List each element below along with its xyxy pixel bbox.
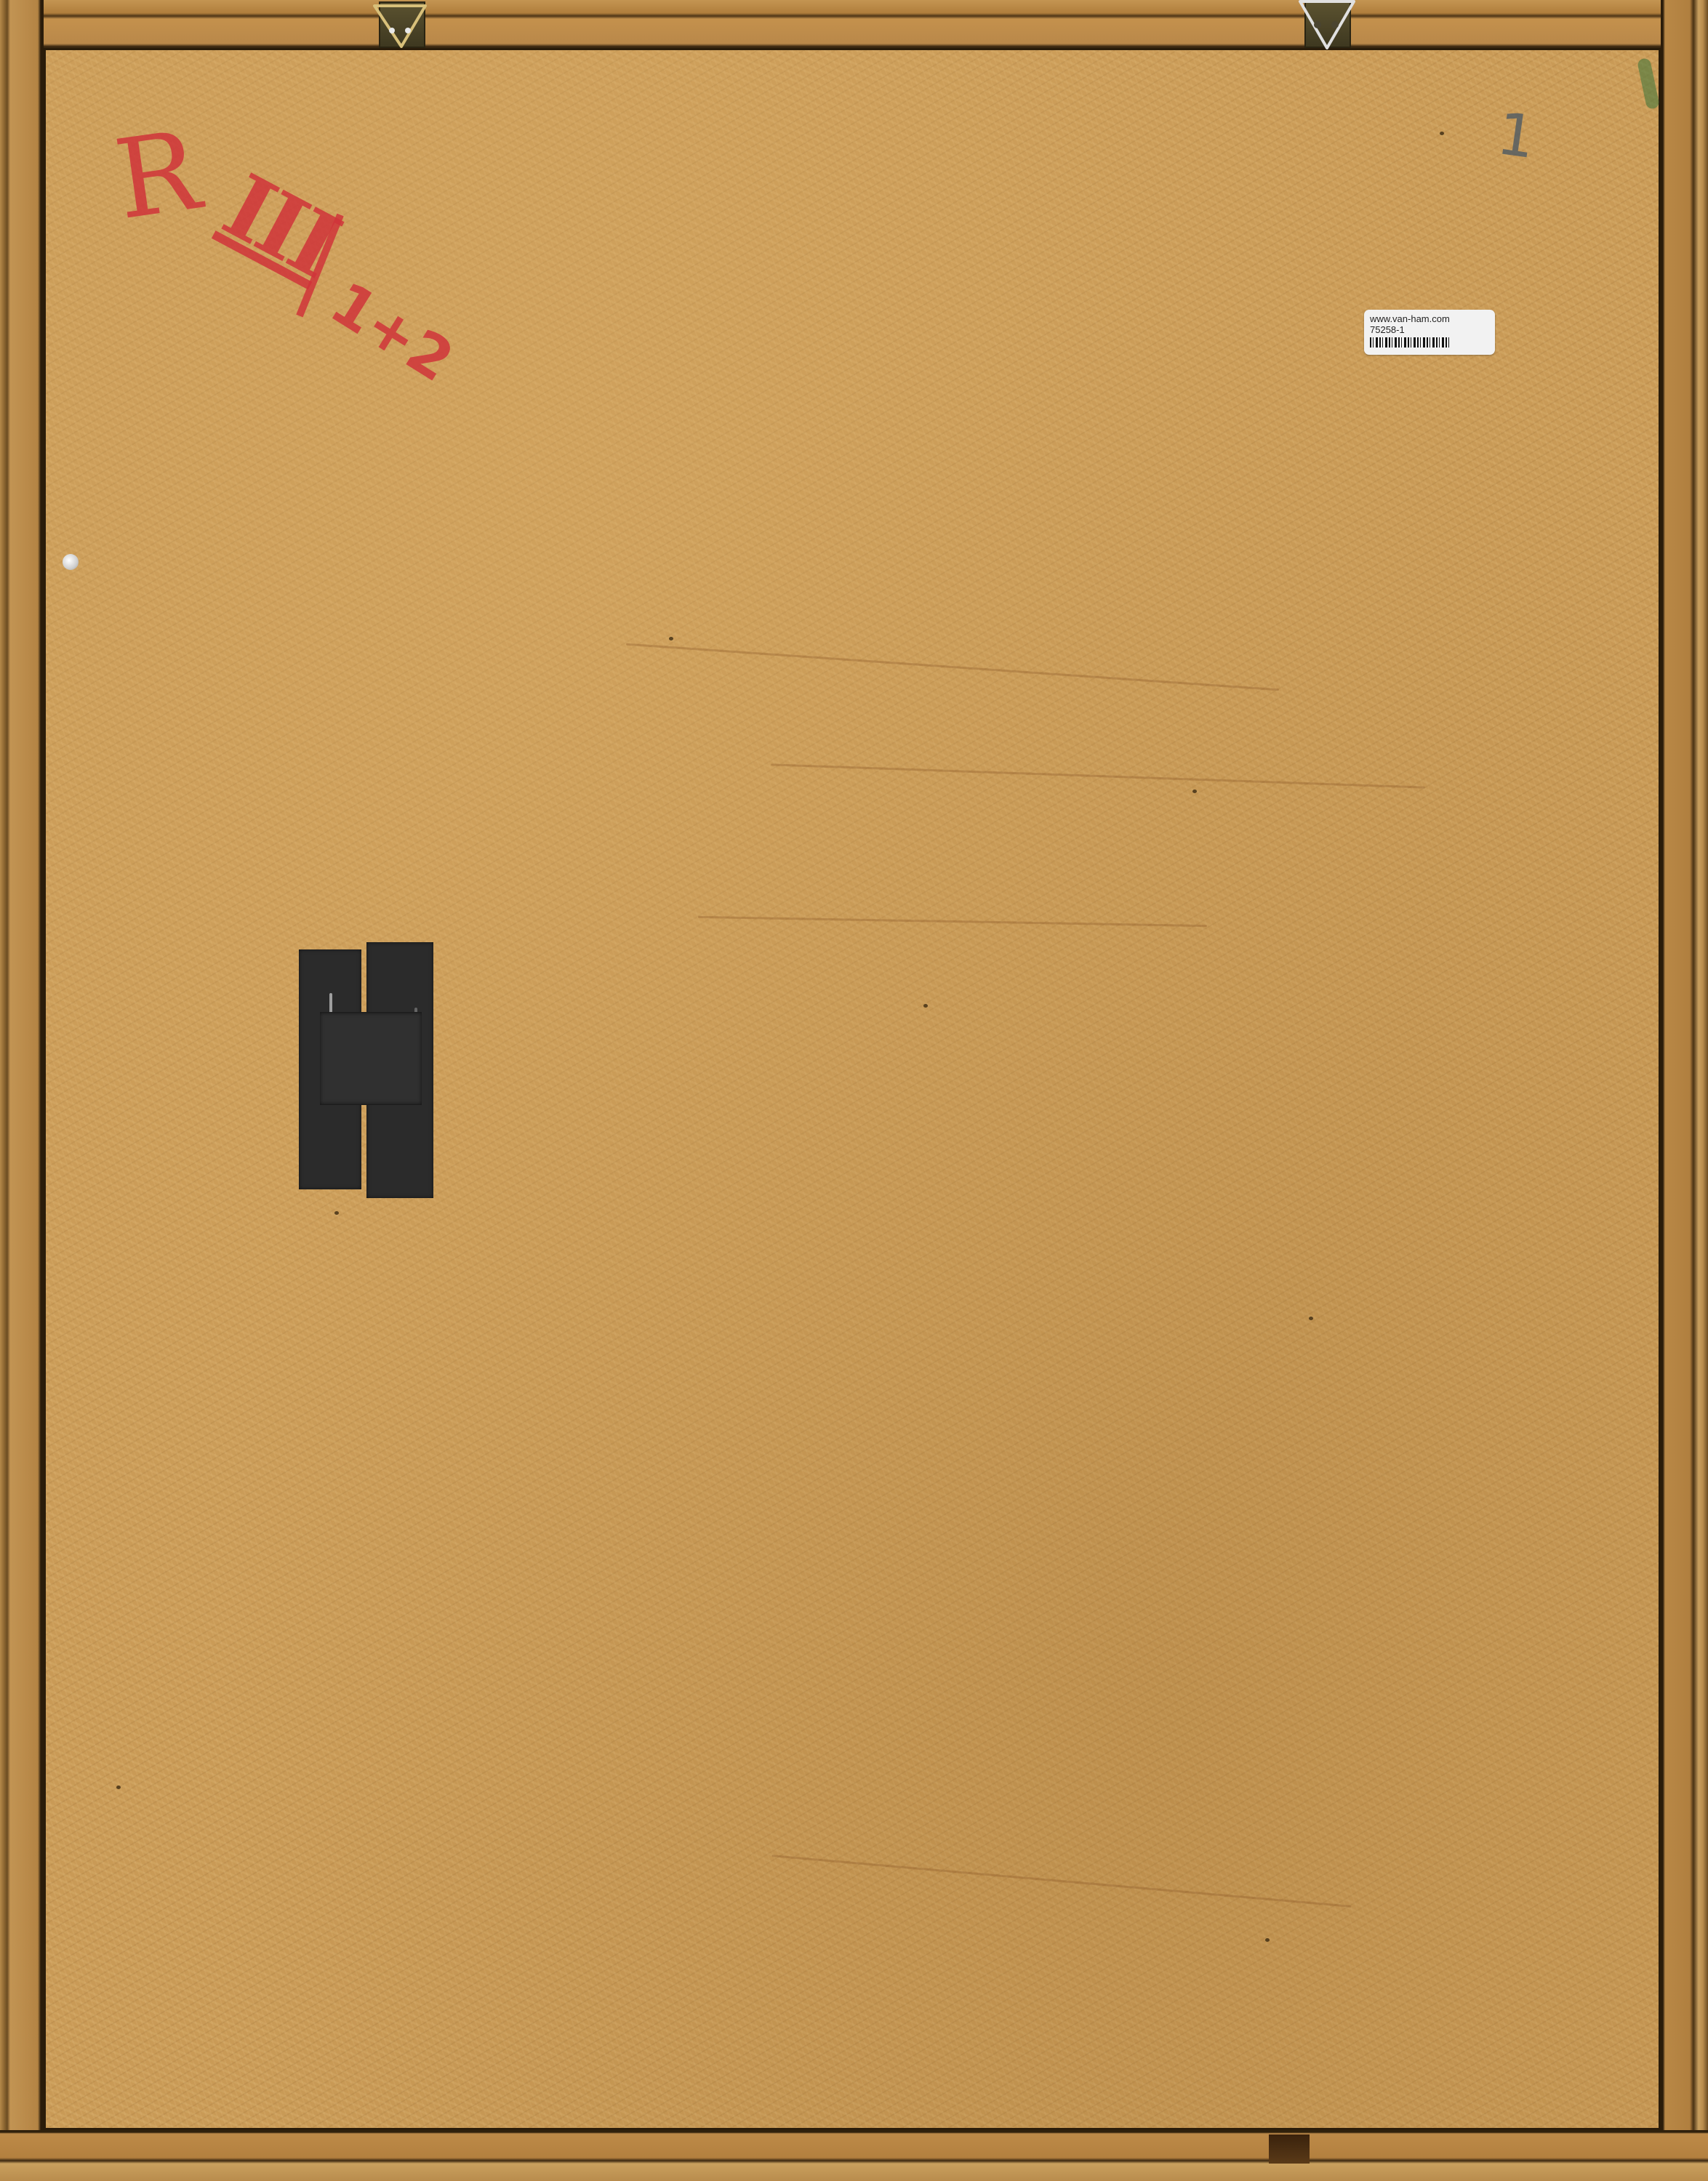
inscription-numbers: 1+2	[319, 269, 465, 395]
scratch-mark	[698, 916, 1207, 927]
frame-bottom-notch	[1269, 2134, 1310, 2164]
frame-rail-left	[0, 0, 44, 2181]
hanger-hook-right-icon	[1293, 0, 1358, 51]
red-crayon-inscription: R III 1+2	[116, 109, 451, 400]
label-website: www.van-ham.com	[1370, 313, 1489, 324]
barcode-icon	[1370, 337, 1451, 348]
tape-strip-middle	[320, 1012, 422, 1105]
scratch-mark	[626, 643, 1279, 691]
inscription-letter: R	[108, 108, 207, 244]
inscription-roman-numeral: III	[208, 155, 353, 297]
frame-rail-right	[1661, 0, 1708, 2181]
frame-rail-bottom	[0, 2130, 1708, 2181]
picture-frame: R III 1+2 1 www.van-ham.com 75258-1	[0, 0, 1708, 2181]
scratch-mark	[771, 1855, 1351, 1908]
tack-icon	[63, 554, 79, 570]
hanger-hook-left-icon	[367, 0, 433, 51]
label-lot-number: 75258-1	[1370, 324, 1489, 335]
frame-rail-top	[0, 0, 1708, 48]
scratch-mark	[771, 763, 1425, 788]
auction-label: www.van-ham.com 75258-1	[1364, 310, 1495, 355]
